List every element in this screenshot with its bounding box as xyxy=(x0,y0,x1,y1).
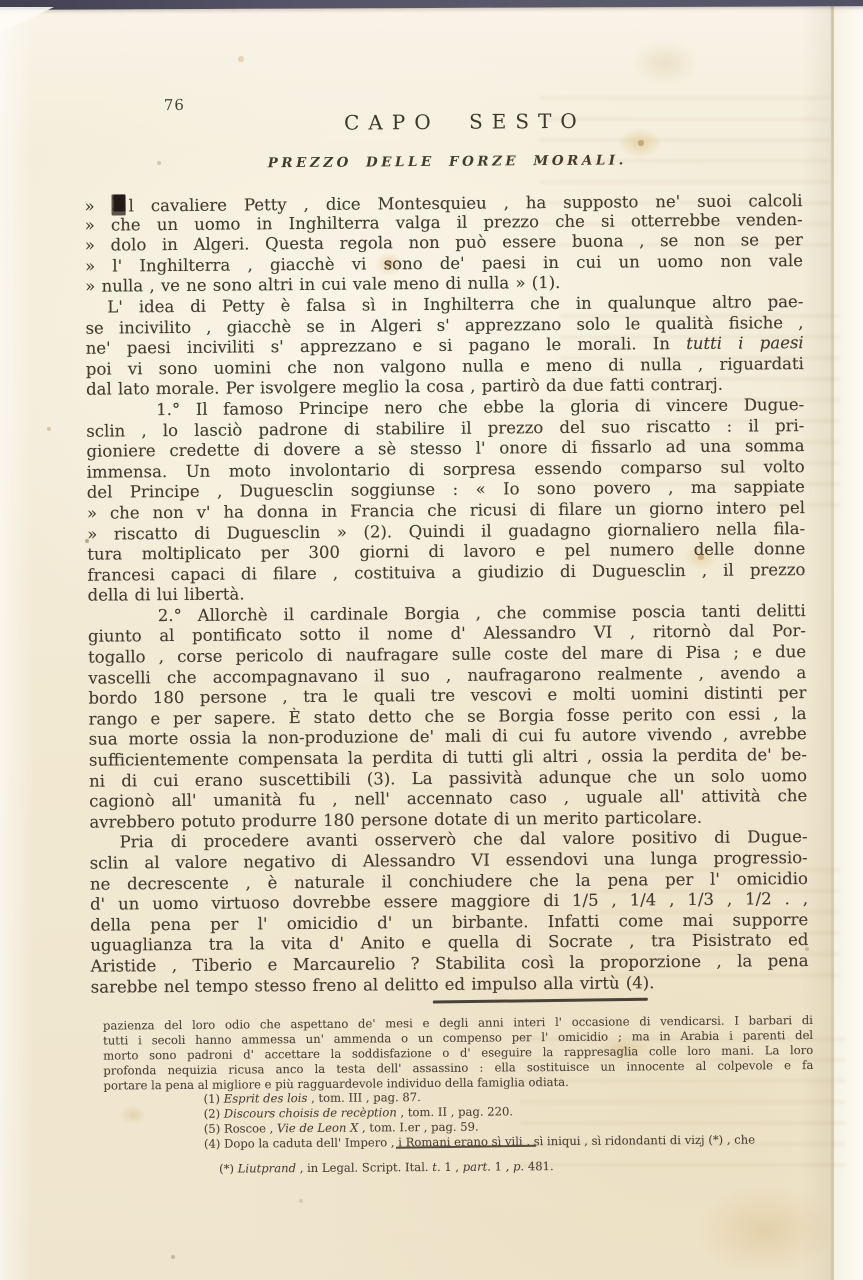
paragraph: Pria di procedere avanti osserverò che d… xyxy=(90,827,809,997)
scanned-page: 76 CAPO SESTO PREZZO DELLE FORZE MORALI.… xyxy=(0,0,863,1280)
footnote-divider xyxy=(433,998,648,1003)
quoted-paragraph: » Il cavaliere Petty , dice Montesquieu … xyxy=(84,189,803,298)
page-content: 76 CAPO SESTO PREZZO DELLE FORZE MORALI.… xyxy=(0,0,863,1280)
scan-corner-wedge xyxy=(0,7,54,33)
drop-cap-initial: I xyxy=(112,194,126,215)
paragraph: L' idea di Petty è falsa sì in Inghilter… xyxy=(85,292,804,401)
chapter-subtitle: PREZZO DELLE FORZE MORALI. xyxy=(88,151,806,173)
paragraph: 1.° Il famoso Principe nero che ebbe la … xyxy=(86,395,806,607)
paragraph: 2.° Allorchè il cardinale Borgia , che c… xyxy=(88,601,808,833)
bottom-note: (*) Liutprand , in Legal. Script. Ital. … xyxy=(219,1157,819,1176)
chapter-title: CAPO SESTO xyxy=(106,107,824,137)
main-text: » Il cavaliere Petty , dice Montesquieu … xyxy=(84,189,808,998)
footnote-list: (1) Esprit des lois , tom. III , pag. 87… xyxy=(104,1087,814,1152)
footnote-continuation: pazienza del loro odio che aspettano de'… xyxy=(103,1013,814,1094)
